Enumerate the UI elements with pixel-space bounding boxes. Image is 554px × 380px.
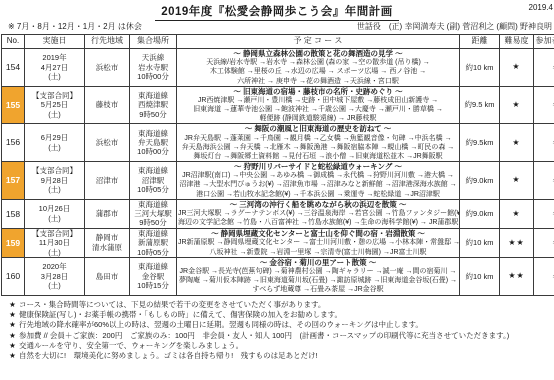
course-line: 旧東海道 →蓮華寺池公園 →飽波神社 →千歳公園 →大慶寺 →瀬戸川・勝草橋 → (178, 105, 458, 114)
meeting-place-cell: 東海道線西焼津駅9時50分 (130, 86, 177, 124)
subheader: ※ 7月・8月・12月・1月・2月 は休会 世話役 (正) 幸岡満寿夫 (副) … (0, 19, 554, 34)
date-prefix: 【支部合同】 (26, 166, 83, 175)
distance-value: 約10 km (460, 228, 500, 257)
date-cell: 2019年4月27日(土) (25, 49, 85, 87)
area-name: 浜松市 (86, 63, 128, 72)
course-title: ～ 旧東海道の宿場・藤枝市の名所・史跡めぐり ～ (178, 87, 458, 96)
course-line: 木工体験館 →里桜の丘 →水辺の広場 → スポーツ広場 → 西ノ谷池 → (178, 67, 458, 76)
course-line: 海辺の文学記念館 →竹島・八百富神社 →竹島水族館(¥) →生命の海科学館(¥)… (178, 218, 458, 227)
date-cell: 【支部合同】5月25日(土) (25, 86, 85, 124)
date: 11月30日 (26, 238, 83, 247)
distance-value: 約9.0km (460, 199, 500, 228)
meeting-line: 東海道線 (131, 200, 175, 209)
weekday: (土) (26, 248, 83, 257)
course-cell: ～ 静岡県立森林公園の散策と花の舞酒造の見学 ～天浜線/岩水寺駅 →岩水寺 →森… (177, 49, 460, 87)
meeting-station: 岩水寺駅 (131, 63, 175, 72)
star-bullet-icon: ★ (6, 351, 19, 361)
footnote-text: 健康保険証(写し)・お薬手帳の携帯・「もしもの時」に備えて、傷害保険の加入をお勧… (19, 310, 342, 320)
difficulty-stars: ★★ (500, 228, 534, 257)
table-header-row: No. 実施日 行先地域 集合場所 予 定 コ ー ス 距離 難易度 参加者 (2, 35, 554, 49)
date-prefix: 2020年 (26, 262, 83, 271)
row-number: 154 (2, 49, 25, 87)
course-cell: ～ 静岡県埋蔵文化センターと富士山を仰ぐ間の宿・岩淵散策 ～JR新蒲原駅 →静岡… (177, 228, 460, 257)
meeting-time: 10時15分 (131, 281, 175, 290)
issue-date: 2019.4 (529, 3, 553, 12)
col-header-participants: 参加者 (534, 35, 554, 49)
footnote-item: ★健康保険証(写し)・お薬手帳の携帯・「もしもの時」に備えて、傷害保険の加入をお… (6, 310, 554, 320)
meeting-place-cell: 東海道線金谷駅10時15分 (130, 257, 177, 295)
course-cell: ～ 狩野川リバーサイドと蛇松緑道ウォーキング ～JR沼津駅(南口) →中央公園 … (177, 161, 460, 199)
weekday: (土) (26, 72, 83, 81)
difficulty-stars: ★ (500, 86, 534, 124)
footnotes: ★コース・集合時間等については、下見の結果で若干の変更をさせていただく事がありま… (6, 300, 554, 362)
weekday: (土) (26, 110, 83, 119)
participants-blank: 名 (534, 124, 554, 162)
footnote-item: ★参加費 // 会員＋ご家族：200円 ご家族のみ：100円 非会員・友人・知人… (6, 331, 554, 341)
course-line: すべらず地蔵尊 →石畳み茶屋 →JR金谷駅 (178, 285, 458, 294)
difficulty-stars: ★ (500, 161, 534, 199)
course-line: 八坂神社 →新豊院 →岩淵一里塚 →宗清寺(富士川梅園) →JR富士川駅 (178, 248, 458, 257)
row-number: 156 (2, 124, 25, 162)
area-cell: 藤枝市 (85, 86, 130, 124)
footnote-text: 交通ルールを守り、安全第一で、ウォーキングを楽しみましょう。 (19, 341, 243, 351)
meeting-line: 天浜線 (131, 53, 175, 62)
meeting-time: 10時00分 (131, 147, 175, 156)
star-bullet-icon: ★ (6, 300, 19, 310)
table-row: 159【支部合同】11月30日(土)静岡市清水蒲原東海道線新蒲原駅10時05分～… (2, 228, 554, 257)
area-name: 蒲郡市 (86, 209, 128, 218)
date: 10月26日 (26, 204, 83, 213)
col-header-course: 予 定 コ ー ス (177, 35, 460, 49)
course-cell: ～ 三河湾の沖行く船を眺めながら秋の浜辺を散策 ～JR三河大塚駅 →ラグーナテン… (177, 199, 460, 228)
area-cell: 蒲郡市 (85, 199, 130, 228)
table-row: 1602020年3月28日(土)島田市東海道線金谷駅10時15分～ 金谷宿・菊川… (2, 257, 554, 295)
course-title: ～ 金谷宿・菊川の里アート散策 ～ (178, 258, 458, 267)
star-bullet-icon: ★ (6, 341, 19, 351)
difficulty-stars: ★★ (500, 257, 534, 295)
weekday: (土) (26, 214, 83, 223)
title-bar: 2019年度『松愛会静岡歩こう会』年間計画 2019.4 (0, 0, 554, 19)
weekday: (土) (26, 281, 83, 290)
col-header-meeting: 集合場所 (130, 35, 177, 49)
col-header-difficulty: 難易度 (500, 35, 534, 49)
footnote-item: ★交通ルールを守り、安全第一で、ウォーキングを楽しみましょう。 (6, 341, 554, 351)
course-title: ～ 静岡県立森林公園の散策と花の舞酒造の見学 ～ (178, 49, 458, 58)
star-bullet-icon: ★ (6, 310, 19, 320)
course-line: JR三河大塚駅 →ラグーナテンボス(¥) →三谷温泉海岸 →若宮公園 →竹島ファ… (178, 209, 458, 218)
table-row: 1542019年4月27日(土)浜松市天浜線岩水寺駅10時00分～ 静岡県立森林… (2, 49, 554, 87)
difficulty-stars: ★ (500, 124, 534, 162)
area-name-2: 清水蒲原 (86, 243, 128, 252)
meeting-line: 東海道線 (131, 229, 175, 238)
date-cell: 6月29日(土) (25, 124, 85, 162)
distance-value: 約10 km (460, 49, 500, 87)
date-cell: 【支部合同】9月28日(土) (25, 161, 85, 199)
difficulty-stars: ★ (500, 49, 534, 87)
weekday: (土) (26, 185, 83, 194)
participants-blank: 名 (534, 86, 554, 124)
area-cell: 沼津市 (85, 161, 130, 199)
star-bullet-icon: ★ (6, 331, 19, 341)
date-cell: 【支部合同】11月30日(土) (25, 228, 85, 257)
course-line: JR新蒲原駅 →静岡県埋蔵文化センター →富士川河川敷・憩の広場 →小林本陣・常… (178, 238, 458, 247)
area-cell: 島田市 (85, 257, 130, 295)
meeting-place-cell: 東海道線三河大塚駅9時50分 (130, 199, 177, 228)
footnote-text: コース・集合時間等については、下見の結果で若干の変更をさせていただく事があります… (19, 300, 325, 310)
meeting-time: 10時00分 (131, 72, 175, 81)
date: 9月28日 (26, 176, 83, 185)
table-row: 15810月26日(土)蒲郡市東海道線三河大塚駅9時50分～ 三河湾の沖行く船を… (2, 199, 554, 228)
distance-value: 約9.5km (460, 124, 500, 162)
area-name: 沼津市 (86, 176, 128, 185)
course-line: JR弁天島駅 →蓬莱園 →千鳥園 →観月橋 →乙女橋 →魚籃観音像・句碑 →中浜… (178, 134, 458, 143)
course-line: 天浜線/岩水寺駅 →岩水寺 →森林公園 (森の家 →空の散歩道 (吊り橋) → (178, 58, 458, 67)
participants-blank: 名 (534, 257, 554, 295)
annual-plan-table: No. 実施日 行先地域 集合場所 予 定 コ ー ス 距離 難易度 参加者 1… (1, 34, 554, 296)
footnote-item: ★行先地域の降水確率が60%以上の時は、翌週の土曜日に延期。翌週も同様の時は、そ… (6, 320, 554, 330)
meeting-station: 沼津駅 (131, 176, 175, 185)
date: 4月27日 (26, 63, 83, 72)
row-number: 155 (2, 86, 25, 124)
area-cell: 浜松市 (85, 49, 130, 87)
participants-blank: 名 (534, 49, 554, 87)
meeting-time: 10時05分 (131, 248, 175, 257)
participants-blank: 名 (534, 199, 554, 228)
col-header-no: No. (2, 35, 25, 49)
course-line: 夢陶庵 →菊川仮本陣跡 →旧東海道菊川坂(石畳) →諏訪原城跡 →旧東海道金谷坂… (178, 276, 458, 285)
meeting-line: 東海道線 (131, 166, 175, 175)
meeting-station: 新蒲原駅 (131, 238, 175, 247)
footnote-item: ★自然を大切に! 環境美化に努めましょう。ゴミは各自持ち帰り! 残すものは足あと… (6, 351, 554, 361)
row-number: 158 (2, 199, 25, 228)
meeting-station: 三河大塚駅 (131, 209, 175, 218)
date-prefix: 【支部合同】 (26, 229, 83, 238)
meeting-place-cell: 東海道線弁天島駅10時00分 (130, 124, 177, 162)
page-title: 2019年度『松愛会静岡歩こう会』年間計画 (155, 3, 399, 21)
row-number: 159 (2, 228, 25, 257)
course-title: ～ 狩野川リバーサイドと蛇松緑道ウォーキング ～ (178, 162, 458, 171)
area-cell: 浜松市 (85, 124, 130, 162)
staff-note: 世話役 (正) 幸岡満寿夫 (副) 菅沼利之 (顧問) 野神良明 (357, 21, 552, 32)
difficulty-stars: ★ (500, 199, 534, 228)
footnote-item: ★コース・集合時間等については、下見の結果で若干の変更をさせていただく事がありま… (6, 300, 554, 310)
meeting-place-cell: 東海道線新蒲原駅10時05分 (130, 228, 177, 257)
col-header-date: 実施日 (25, 35, 85, 49)
course-line: JR西焼津駅 →瀬戸川・豊川橋 →史跡・田中城下屋敷 →藤枝成田山新護寺 → (178, 96, 458, 105)
course-line: 六所神社 → 庚申寺 →花の舞酒造 →天浜線・宮口駅 (178, 77, 458, 86)
meeting-place-cell: 天浜線岩水寺駅10時00分 (130, 49, 177, 87)
course-cell: ～ 旧東海道の宿場・藤枝市の名所・史跡めぐり ～JR西焼津駅 →瀬戸川・豊川橋 … (177, 86, 460, 124)
table-row: 157【支部合同】9月28日(土)沼津市東海道線沼津駅10時05分～ 狩野川リバ… (2, 161, 554, 199)
course-line: 軽便跡 (静岡鉄道駿遠線) → JR藤枝駅 (178, 114, 458, 123)
table-row: 1566月29日(土)浜松市東海道線弁天島駅10時00分～ 舞阪の潮風と旧東海道… (2, 124, 554, 162)
col-header-distance: 距離 (460, 35, 500, 49)
course-title: ～ 静岡県埋蔵文化センターと富士山を仰ぐ間の宿・岩淵散策 ～ (178, 229, 458, 238)
meeting-time: 10時05分 (131, 185, 175, 194)
closed-months-note: ※ 7月・8月・12月・1月・2月 は休会 (8, 21, 142, 32)
date-prefix: 【支部合同】 (26, 91, 83, 100)
meeting-place-cell: 東海道線沼津駅10時05分 (130, 161, 177, 199)
course-title: ～ 三河湾の沖行く船を眺めながら秋の浜辺を散策 ～ (178, 200, 458, 209)
meeting-station: 弁天島駅 (131, 138, 175, 147)
course-line: 弁天島海浜公園 →弁天橋 →北雁木 →舞阪漁港 →舞阪宿脇本陣 →蜆山橋 →町民… (178, 143, 458, 152)
course-line: JR沼津駅(南口) →中央公園 →あゆみ橋 →御成橋 →永代橋 →狩野川河川敷 … (178, 171, 458, 180)
participants-blank: 名 (534, 228, 554, 257)
meeting-line: 東海道線 (131, 129, 175, 138)
col-header-area: 行先地域 (85, 35, 130, 49)
meeting-time: 9時50分 (131, 218, 175, 227)
area-name: 浜松市 (86, 138, 128, 147)
footnote-text: 行先地域の降水確率が60%以上の時は、翌週の土曜日に延期。翌週も同様の時は、その… (19, 320, 423, 330)
course-line: JR金谷駅 →長光寺(芭蕉句碑) →菊神農村公園 →陶ギャラリー →誠一庵 →間… (178, 267, 458, 276)
meeting-station: 金谷駅 (131, 272, 175, 281)
area-cell: 静岡市清水蒲原 (85, 228, 130, 257)
date-cell: 10月26日(土) (25, 199, 85, 228)
course-cell: ～ 舞阪の潮風と旧東海道の歴史を訪ねて ～JR弁天島駅 →蓬莱園 →千鳥園 →観… (177, 124, 460, 162)
meeting-station: 西焼津駅 (131, 100, 175, 109)
row-number: 157 (2, 161, 25, 199)
star-bullet-icon: ★ (6, 320, 19, 330)
course-line: 沼津港 →大型水門びゅうお(¥) →沼津魚市場 →沼津みなと新鮮館 →沼津港深海… (178, 180, 458, 189)
area-name: 島田市 (86, 272, 128, 281)
date: 6月29日 (26, 133, 83, 142)
area-name: 静岡市 (86, 233, 128, 242)
meeting-line: 東海道線 (131, 91, 175, 100)
table-row: 155【支部合同】5月25日(土)藤枝市東海道線西焼津駅9時50分～ 旧東海道の… (2, 86, 554, 124)
area-name: 藤枝市 (86, 100, 128, 109)
date: 5月25日 (26, 100, 83, 109)
distance-value: 約10 km (460, 257, 500, 295)
participants-blank: 名 (534, 161, 554, 199)
row-number: 160 (2, 257, 25, 295)
date: 3月28日 (26, 272, 83, 281)
course-cell: ～ 金谷宿・菊川の里アート散策 ～JR金谷駅 →長光寺(芭蕉句碑) →菊神農村公… (177, 257, 460, 295)
meeting-line: 東海道線 (131, 262, 175, 271)
document-page: { "colors": { "highlight": "#f0a42e", "b… (0, 0, 554, 380)
date-cell: 2020年3月28日(土) (25, 257, 85, 295)
distance-value: 約9.0km (460, 161, 500, 199)
distance-value: 約9.5 km (460, 86, 500, 124)
course-line: 港口公園 →若山牧水記念館(¥) →千本浜公園 →乗運寺 →蛇松緑道 →JR沼津… (178, 190, 458, 199)
course-title: ～ 舞阪の潮風と旧東海道の歴史を訪ねて ～ (178, 124, 458, 133)
meeting-time: 9時50分 (131, 110, 175, 119)
footnote-text: 自然を大切に! 環境美化に努めましょう。ゴミは各自持ち帰り! 残すものは足あとだ… (19, 351, 318, 361)
footnote-text: 参加費 // 会員＋ご家族：200円 ご家族のみ：100円 非会員・友人・知人 … (19, 331, 509, 341)
date-prefix: 2019年 (26, 53, 83, 62)
course-line: 舞坂灯台 →舞阪郷土資料館 →見付石垣 →浪小僧 →旧東海道松並木 →JR舞阪駅 (178, 152, 458, 161)
weekday: (土) (26, 143, 83, 152)
